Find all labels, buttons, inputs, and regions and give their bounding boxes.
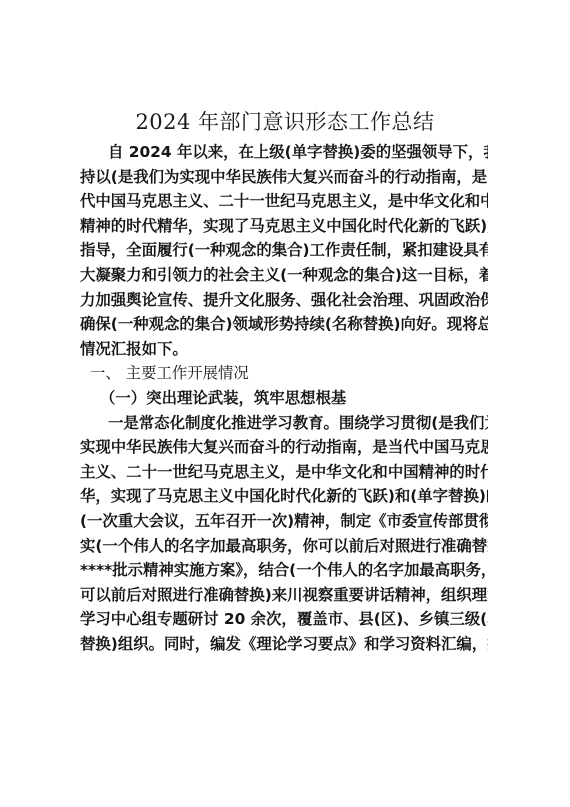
paragraph-line: 持以(是我们为实现中华民族伟大复兴而奋斗的行动指南，是当 xyxy=(80,165,488,190)
paragraph-line: 可以前后对照进行准确替换)来川视察重要讲话精神，组织理论 xyxy=(80,583,488,608)
paragraph-line: 主义、二十一世纪马克思主义，是中华文化和中国精神的时代精 xyxy=(80,460,488,485)
paragraph-line: 一是常态化制度化推进学习教育。围绕学习贯彻(是我们为 xyxy=(80,411,488,436)
paragraph-line: 力加强舆论宣传、提升文化服务、强化社会治理、巩固政治保障， xyxy=(80,288,488,313)
document-page: 2024 年部门意识形态工作总结 自 2024 年以来，在上级(单字替换)委的坚… xyxy=(0,0,570,807)
paragraph-line: 精神的时代精华，实现了马克思主义中国化时代化新的飞跃)为 xyxy=(80,214,488,239)
paragraph-line: 学习中心组专题研讨 20 余次，覆盖市、县(区)、乡镇三级(单字 xyxy=(80,607,488,632)
paragraph-line: 自 2024 年以来，在上级(单字替换)委的坚强领导下，我部坚 xyxy=(80,140,488,165)
document-title: 2024 年部门意识形态工作总结 xyxy=(0,108,570,136)
paragraph-line: 替换)组织。同时，编发《理论学习要点》和学习资料汇编，推动学 xyxy=(80,632,488,657)
paragraph-line: 华，实现了马克思主义中国化时代化新的飞跃)和(单字替换)的 xyxy=(80,484,488,509)
paragraph-line: 情况汇报如下。 xyxy=(80,337,488,362)
paragraph-line: (一次重大会议，五年召开一次)精神，制定《市委宣传部贯彻落 xyxy=(80,509,488,534)
paragraph-line: 实(一个伟人的名字加最高职务，你可以前后对照进行准确替换) xyxy=(80,534,488,559)
paragraph-line: 代中国马克思主义、二十一世纪马克思主义，是中华文化和中国 xyxy=(80,189,488,214)
paragraph-line: 大凝聚力和引领力的社会主义(一种观念的集合)这一目标，着 xyxy=(80,263,488,288)
section-heading: 一、 主要工作开展情况 xyxy=(80,361,488,386)
paragraph-line: 确保(一种观念的集合)领域形势持续(名称替换)向好。现将总体 xyxy=(80,312,488,337)
paragraph-line: ****批示精神实施方案》，结合(一个伟人的名字加最高职务，你 xyxy=(80,558,488,583)
paragraph-line: 指导，全面履行(一种观念的集合)工作责任制，紧扣建设具有强 xyxy=(80,238,488,263)
document-body: 自 2024 年以来，在上级(单字替换)委的坚强领导下，我部坚 持以(是我们为实… xyxy=(80,140,488,656)
subsection-heading: （一）突出理论武装，筑牢思想根基 xyxy=(80,386,488,411)
paragraph-line: 实现中华民族伟大复兴而奋斗的行动指南，是当代中国马克思 xyxy=(80,435,488,460)
